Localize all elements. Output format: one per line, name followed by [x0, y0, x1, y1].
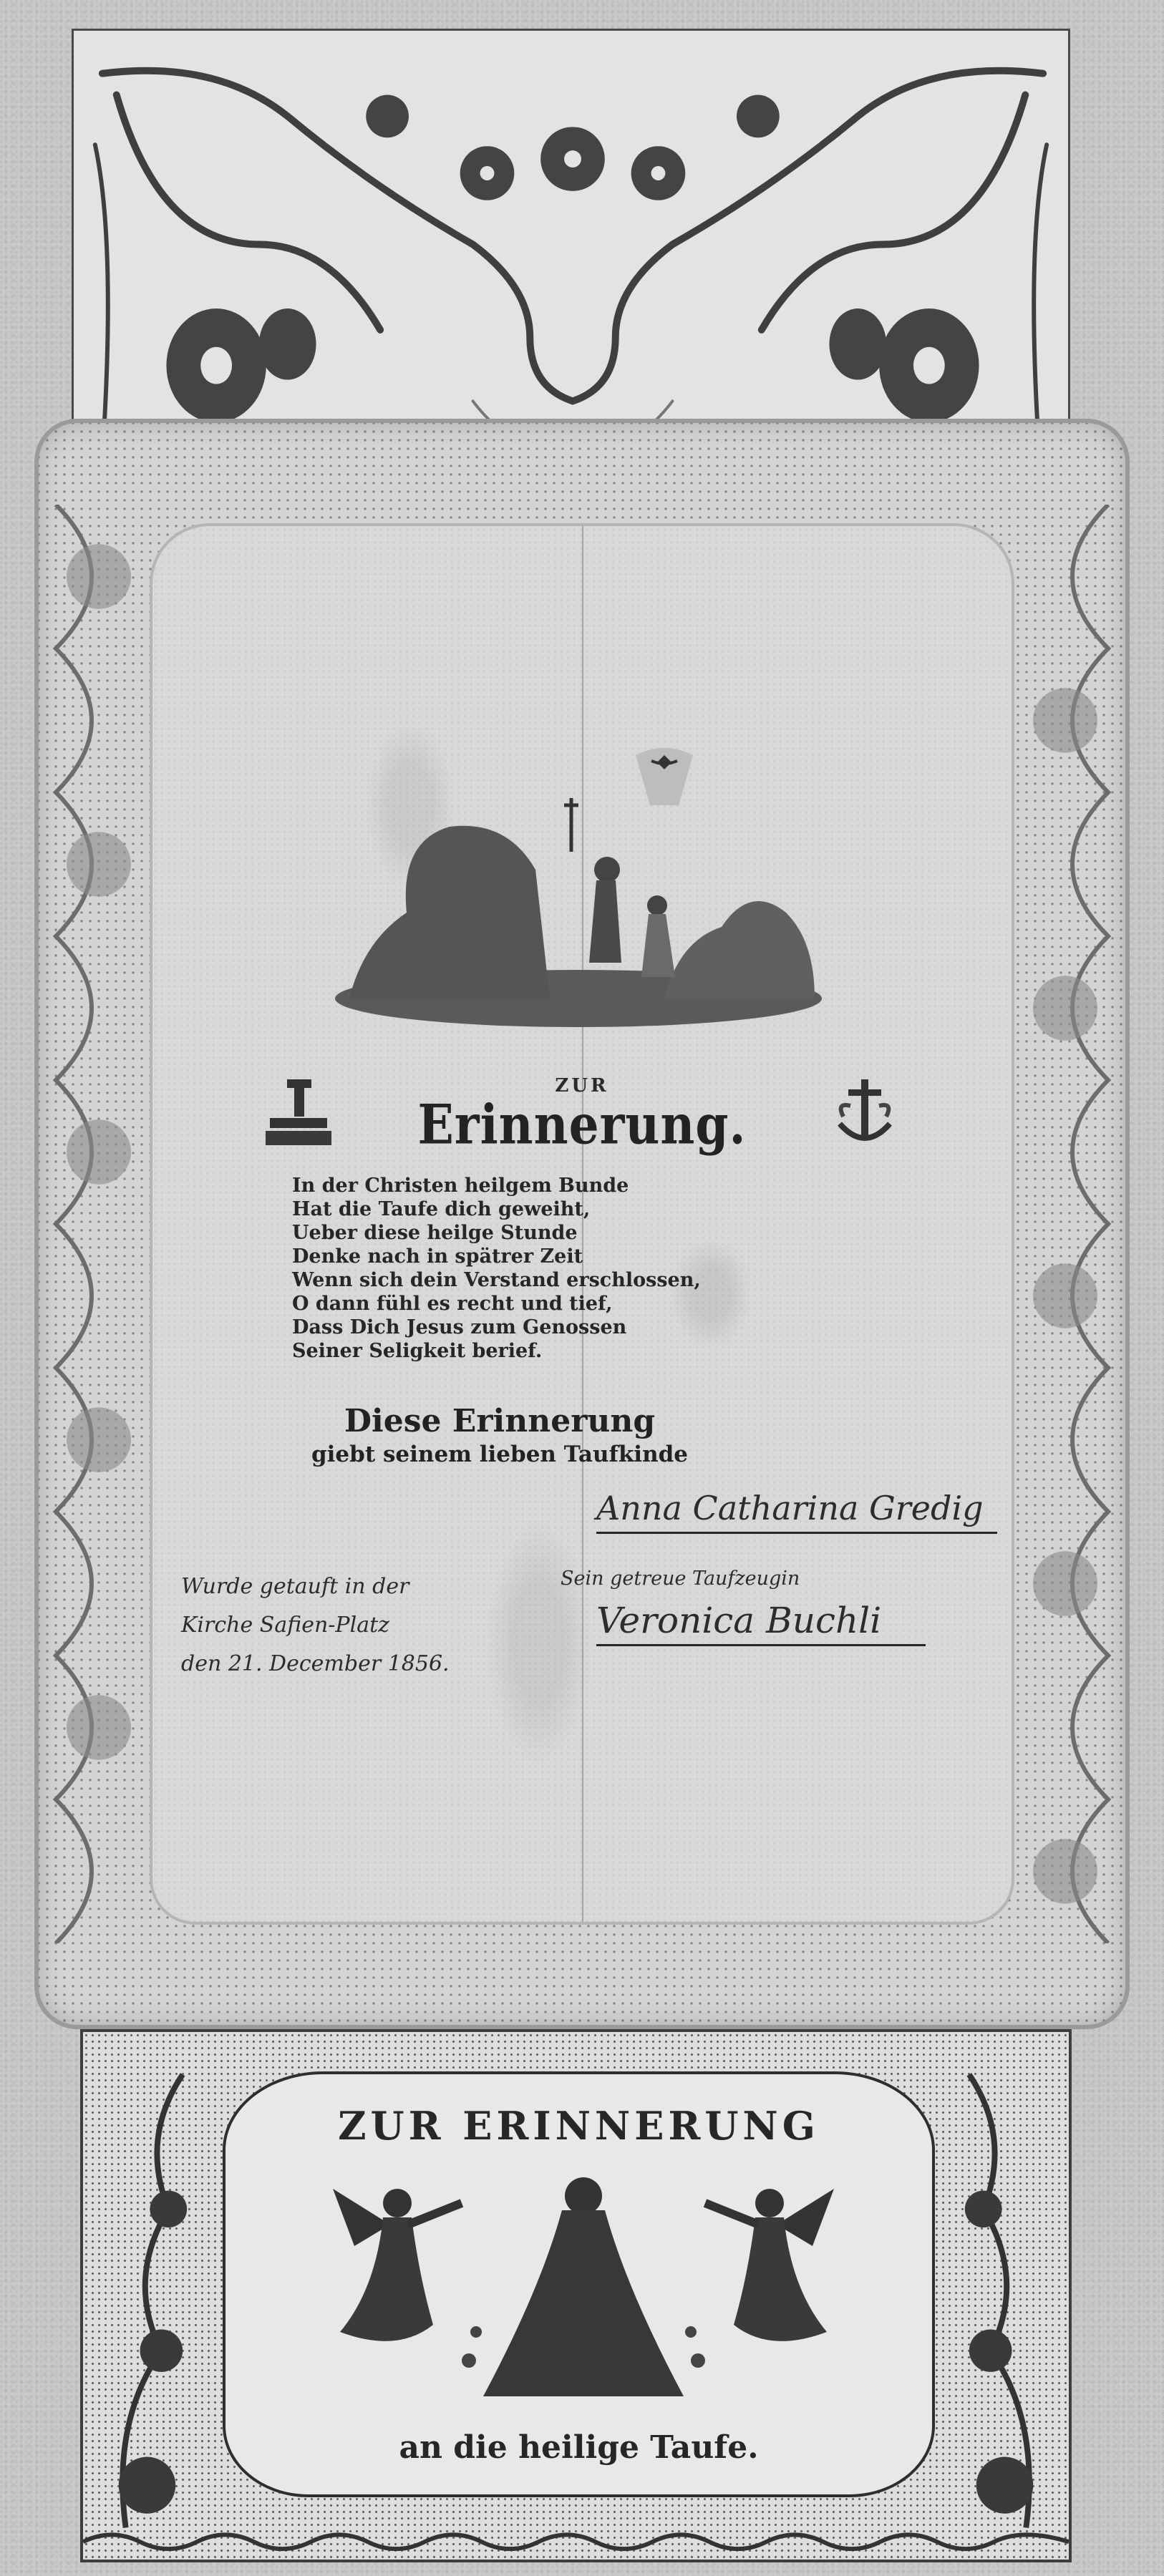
poem-line: Ueber diese heilge Stunde — [292, 1221, 865, 1245]
dedication: Diese Erinnerung giebt seinem lieben Tau… — [238, 1403, 761, 1469]
baptismal-font-icon — [260, 1074, 339, 1152]
godparent-name-field: Veronica Buchli — [596, 1600, 926, 1646]
bottom-subtitle: an die heilige Taufe. — [225, 2429, 932, 2466]
angels-and-kneeling-figure-icon — [311, 2160, 855, 2418]
baptism-place-line: Wurde getauft in der — [181, 1568, 553, 1606]
poem-line: Seiner Seligkeit berief. — [292, 1339, 865, 1363]
baptism-vignette — [321, 726, 836, 1027]
title-block: ZUR Erinnerung. — [339, 1075, 825, 1152]
lace-scallop-left — [42, 505, 149, 1943]
poem-line: Hat die Taufe dich geweiht, — [292, 1197, 865, 1221]
lace-scallop-right — [1015, 505, 1122, 1943]
poem-line: Denke nach in spätrer Zeit — [292, 1245, 865, 1268]
baptism-place-line: Kirche Safien-Platz — [181, 1606, 553, 1645]
baptism-date-line: den 21. December 1856. — [181, 1645, 553, 1683]
dedication-subline: giebt seinem lieben Taufkinde — [238, 1440, 761, 1469]
baptism-scene-icon — [321, 726, 836, 1027]
poem-line: Dass Dich Jesus zum Genossen — [292, 1316, 865, 1339]
cross-anchor-icon — [825, 1074, 904, 1152]
bottom-title: ZUR ERINNERUNG — [225, 2103, 932, 2149]
baptism-place-field: Wurde getauft in der Kirche Safien-Platz… — [181, 1568, 553, 1683]
lace-border-panel: ZUR Erinnerung. In der Christen heilgem … — [34, 419, 1130, 2029]
floral-scroll-ornament-icon — [74, 31, 1068, 458]
bottom-printed-panel: ZUR ERINNERUNG an die heilige Taufe. — [80, 2029, 1072, 2562]
poem-line: In der Christen heilgem Bunde — [292, 1174, 865, 1197]
poem-line: O dann fühl es recht und tief, — [292, 1292, 865, 1316]
title-cartouche: ZUR ERINNERUNG an die heilige Taufe. — [223, 2071, 935, 2497]
child-name-field: Anna Catharina Gredig — [596, 1489, 997, 1534]
poem-line: Wenn sich dein Verstand erschlossen, — [292, 1268, 865, 1292]
certificate-header: ZUR Erinnerung. — [260, 1059, 904, 1152]
page-title: Erinnerung. — [418, 1092, 747, 1157]
godparent-label: Sein getreue Taufzeugin — [561, 1568, 861, 1590]
poem-verse: In der Christen heilgem Bunde Hat die Ta… — [292, 1174, 865, 1363]
top-ornament-panel — [72, 29, 1070, 458]
dedication-heading: Diese Erinnerung — [238, 1403, 761, 1440]
certificate-card: ZUR Erinnerung. In der Christen heilgem … — [152, 526, 1012, 1922]
